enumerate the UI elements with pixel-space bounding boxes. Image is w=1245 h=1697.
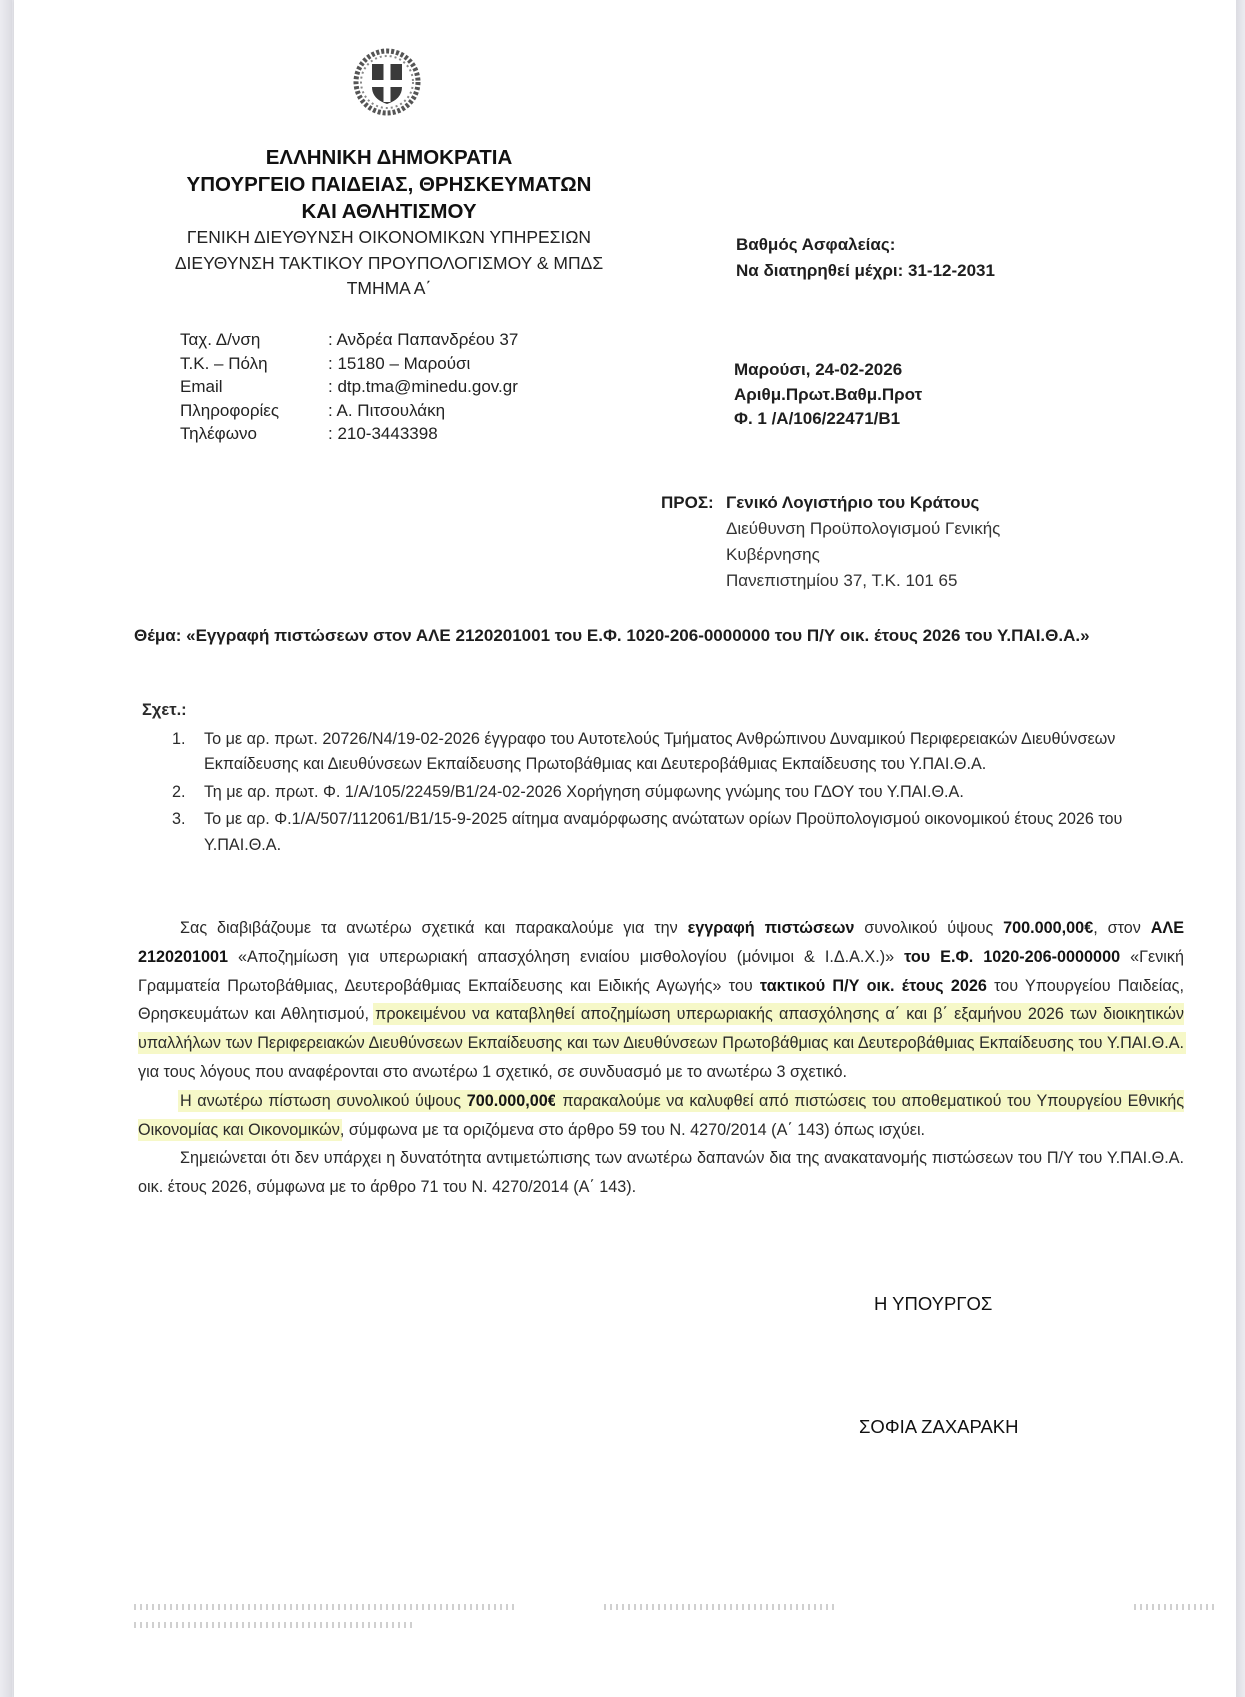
document-page: ΕΛΛΗΝΙΚΗ ΔΗΜΟΚΡΑΤΙΑ ΥΠΟΥΡΓΕΙΟ ΠΑΙΔΕΙΑΣ, …	[14, 0, 1236, 1697]
contact-row: Ταχ. Δ/νση: Ανδρέα Παπανδρέου 37	[180, 328, 518, 352]
recipient-block: ΠΡΟΣ: Γενικό Λογιστήριο του Κράτους Διεύ…	[661, 490, 1000, 594]
reference-item: 2. Τη με αρ. πρωτ. Φ. 1/Α/105/22459/Β1/2…	[172, 780, 1202, 806]
faded-footer-text	[134, 1600, 1234, 1640]
reference-number: 3.	[172, 807, 204, 858]
signatory-name: ΣΟΦΙΑ ΖΑΧΑΡΑΚΗ	[859, 1416, 1019, 1438]
highlighted-text: Η ανωτέρω πίστωση συνολικού ύψους	[180, 1092, 467, 1110]
contact-value: : 210-3443398	[328, 422, 438, 446]
contact-row: Email: dtp.tma@minedu.gov.gr	[180, 375, 518, 399]
greek-coat-of-arms-icon	[352, 47, 422, 117]
contact-value: : Ανδρέα Παπανδρέου 37	[328, 328, 518, 352]
body-paragraph-1: Σας διαβιβάζουμε τα ανωτέρω σχετικά και …	[138, 914, 1184, 1087]
viewer-left-edge	[0, 0, 12, 1697]
contact-row: Τ.Κ. – Πόλη: 15180 – Μαρούσι	[180, 352, 518, 376]
recipient-line: Κυβέρνησης	[726, 542, 1000, 568]
retain-until: Να διατηρηθεί μέχρι: 31-12-2031	[736, 258, 995, 284]
security-classification: Βαθμός Ασφαλείας: Να διατηρηθεί μέχρι: 3…	[736, 232, 995, 284]
protocol-number: Φ. 1 /Α/106/22471/Β1	[734, 407, 922, 432]
contact-label: Τηλέφωνο	[180, 422, 328, 446]
reference-text: Τη με αρ. πρωτ. Φ. 1/Α/105/22459/Β1/24-0…	[204, 780, 1202, 806]
amount: 700.000,00€	[1003, 919, 1093, 937]
recipient-line: Πανεπιστημίου 37, Τ.Κ. 101 65	[726, 568, 1000, 594]
place-date: Μαρούσι, 24-02-2026	[734, 358, 922, 383]
contact-row: Τηλέφωνο: 210-3443398	[180, 422, 518, 446]
reference-item: 3. Το με αρ. Φ.1/Α/507/112061/Β1/15-9-20…	[172, 807, 1202, 858]
references-title: Σχετ.:	[142, 698, 1202, 724]
reference-text: Το με αρ. Φ.1/Α/507/112061/Β1/15-9-2025 …	[204, 807, 1202, 858]
security-level-label: Βαθμός Ασφαλείας:	[736, 232, 995, 258]
contact-label: Email	[180, 375, 328, 399]
header-line: ΓΕΝΙΚΗ ΔΙΕΥΘΥΝΣΗ ΟΙΚΟΝΟΜΙΚΩΝ ΥΠΗΡΕΣΙΩΝ	[154, 225, 624, 251]
reference-number: 2.	[172, 780, 204, 806]
text-run: , σύμφωνα με τα οριζόμενα στο άρθρο 59 τ…	[340, 1121, 925, 1139]
body-paragraph-3: Σημειώνεται ότι δεν υπάρχει η δυνατότητα…	[138, 1144, 1184, 1202]
header-line: ΕΛΛΗΝΙΚΗ ΔΗΜΟΚΡΑΤΙΑ	[154, 144, 624, 171]
date-protocol-block: Μαρούσι, 24-02-2026 Αριθμ.Πρωτ.Βαθμ.Προτ…	[734, 358, 922, 432]
contact-value: : 15180 – Μαρούσι	[328, 352, 470, 376]
bold-run: εγγραφή πιστώσεων	[688, 919, 855, 937]
reference-text: Το με αρ. πρωτ. 20726/Ν4/19-02-2026 έγγρ…	[204, 727, 1202, 778]
reference-number: 1.	[172, 727, 204, 778]
recipient-label: ΠΡΟΣ:	[661, 490, 726, 516]
protocol-label: Αριθμ.Πρωτ.Βαθμ.Προτ	[734, 383, 922, 408]
recipient-name: Γενικό Λογιστήριο του Κράτους	[726, 490, 979, 516]
signatory-title: Η ΥΠΟΥΡΓΟΣ	[874, 1293, 992, 1315]
bold-run: του Ε.Φ. 1020-206-0000000	[904, 948, 1120, 966]
contact-label: Τ.Κ. – Πόλη	[180, 352, 328, 376]
contact-info: Ταχ. Δ/νση: Ανδρέα Παπανδρέου 37 Τ.Κ. – …	[180, 328, 518, 446]
letter-body: Σας διαβιβάζουμε τα ανωτέρω σχετικά και …	[138, 914, 1184, 1202]
contact-label: Ταχ. Δ/νση	[180, 328, 328, 352]
header-line: ΥΠΟΥΡΓΕΙΟ ΠΑΙΔΕΙΑΣ, ΘΡΗΣΚΕΥΜΑΤΩΝ	[154, 171, 624, 198]
header-line: ΤΜΗΜΑ Α΄	[154, 276, 624, 302]
issuer-header: ΕΛΛΗΝΙΚΗ ΔΗΜΟΚΡΑΤΙΑ ΥΠΟΥΡΓΕΙΟ ΠΑΙΔΕΙΑΣ, …	[154, 144, 624, 302]
viewer-right-edge	[1236, 0, 1245, 1697]
text-run: «Αποζημίωση για υπερωριακή απασχόληση εν…	[228, 948, 904, 966]
amount: 700.000,00€	[467, 1092, 557, 1110]
contact-value: : Α. Πιτσουλάκη	[328, 399, 445, 423]
contact-value: : dtp.tma@minedu.gov.gr	[328, 375, 518, 399]
header-line: ΔΙΕΥΘΥΝΣΗ ΤΑΚΤΙΚΟΥ ΠΡΟΥΠΟΛΟΓΙΣΜΟΥ & ΜΠΔΣ	[154, 251, 624, 277]
text-run: Σας διαβιβάζουμε τα ανωτέρω σχετικά και …	[180, 919, 688, 937]
header-line: ΚΑΙ ΑΘΛΗΤΙΣΜΟΥ	[154, 198, 624, 225]
bold-run: τακτικού Π/Υ οικ. έτους 2026	[760, 977, 987, 995]
references-list: Σχετ.: 1. Το με αρ. πρωτ. 20726/Ν4/19-02…	[142, 698, 1202, 860]
text-run: , στον	[1093, 919, 1151, 937]
reference-item: 1. Το με αρ. πρωτ. 20726/Ν4/19-02-2026 έ…	[172, 727, 1202, 778]
text-run: για τους λόγους που αναφέρονται στο ανωτ…	[138, 1063, 847, 1081]
recipient-main-row: ΠΡΟΣ: Γενικό Λογιστήριο του Κράτους	[661, 490, 1000, 516]
text-run: συνολικού ύψους	[854, 919, 1003, 937]
subject-line: Θέμα: «Εγγραφή πιστώσεων στον ΑΛΕ 212020…	[134, 622, 1094, 649]
body-paragraph-2: Η ανωτέρω πίστωση συνολικού ύψους 700.00…	[138, 1087, 1184, 1145]
recipient-line: Διεύθυνση Προϋπολογισμού Γενικής	[726, 516, 1000, 542]
contact-label: Πληροφορίες	[180, 399, 328, 423]
contact-row: Πληροφορίες: Α. Πιτσουλάκη	[180, 399, 518, 423]
